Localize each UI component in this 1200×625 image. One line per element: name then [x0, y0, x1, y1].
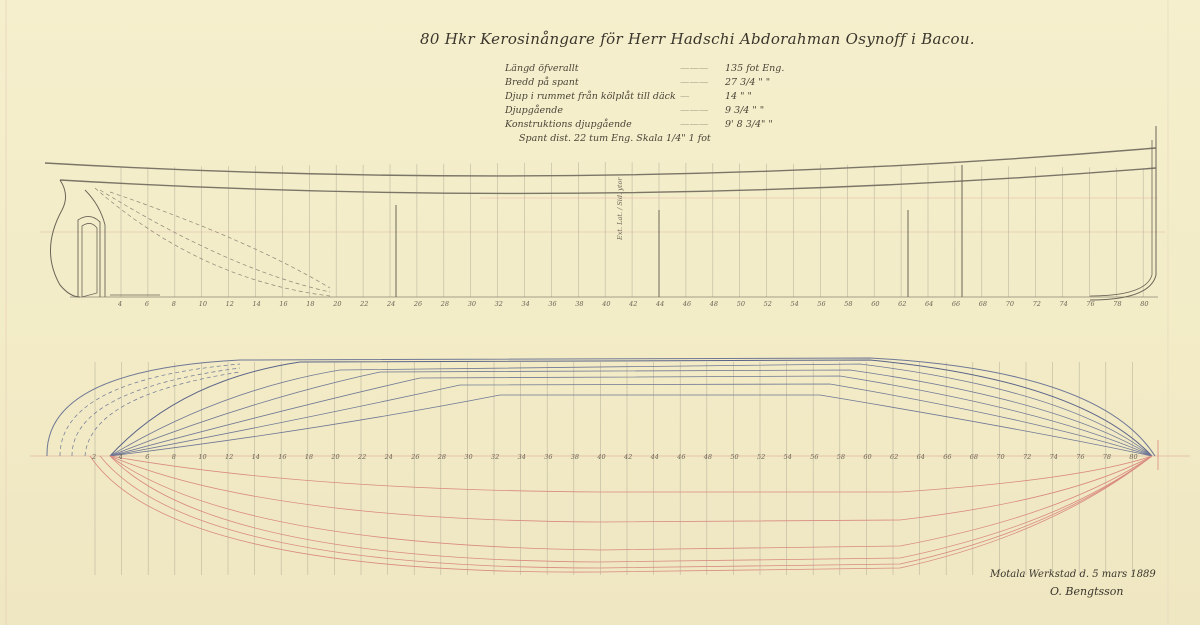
station-label: 42 — [623, 453, 632, 461]
station-label: 62 — [898, 300, 906, 308]
station-label: 60 — [863, 453, 871, 461]
station-label: 18 — [305, 453, 313, 461]
signature-block: Motala Werkstad d. 5 mars 1889 O. Bengts… — [990, 566, 1156, 600]
station-label: 66 — [943, 453, 951, 461]
station-label: 10 — [198, 453, 206, 461]
station-label: 64 — [925, 300, 933, 308]
station-label: 10 — [199, 300, 207, 308]
station-label: 40 — [601, 300, 610, 308]
signer-name: O. Bengtsson — [990, 583, 1156, 600]
station-label: 76 — [1086, 300, 1094, 308]
station-label: 32 — [495, 300, 503, 308]
profile-view: Ext. Lat. / Sid. ytor 468101214161820222… — [40, 126, 1165, 308]
station-label: 12 — [225, 453, 233, 461]
station-label: 70 — [996, 453, 1004, 461]
station-label: 50 — [730, 453, 738, 461]
station-label: 2 — [91, 453, 96, 461]
station-label: 80 — [1129, 453, 1137, 461]
station-label: 38 — [575, 300, 583, 308]
station-label: 46 — [682, 300, 691, 308]
station-label: 62 — [890, 453, 898, 461]
station-label: 44 — [650, 453, 659, 461]
midship-note: Ext. Lat. / Sid. ytor — [616, 177, 624, 241]
station-label: 46 — [676, 453, 685, 461]
station-label: 30 — [464, 453, 472, 461]
station-label: 20 — [332, 300, 341, 308]
station-label: 14 — [253, 300, 261, 308]
station-label: 72 — [1023, 453, 1031, 461]
station-label: 74 — [1050, 453, 1058, 461]
station-label: 30 — [468, 300, 476, 308]
station-label: 78 — [1113, 300, 1121, 308]
half-breadth-plan: 2468101214161820222426283032343638404244… — [30, 358, 1190, 575]
station-label: 66 — [952, 300, 960, 308]
station-label: 80 — [1140, 300, 1148, 308]
station-label: 48 — [703, 453, 712, 461]
station-label: 52 — [757, 453, 765, 461]
station-label: 32 — [491, 453, 499, 461]
station-label: 34 — [518, 453, 526, 461]
station-label: 18 — [306, 300, 314, 308]
station-label: 24 — [384, 453, 393, 461]
station-label: 12 — [226, 300, 234, 308]
station-label: 44 — [655, 300, 664, 308]
station-label: 6 — [145, 453, 149, 461]
station-label: 78 — [1103, 453, 1111, 461]
station-label: 56 — [810, 453, 818, 461]
station-label: 28 — [437, 453, 446, 461]
station-label: 4 — [118, 453, 123, 461]
station-label: 8 — [172, 300, 176, 308]
station-label: 38 — [571, 453, 579, 461]
station-label: 50 — [737, 300, 745, 308]
station-label: 4 — [117, 300, 122, 308]
station-label: 14 — [252, 453, 260, 461]
station-label: 16 — [278, 453, 286, 461]
station-label: 8 — [172, 453, 176, 461]
station-label: 58 — [837, 453, 845, 461]
station-label: 16 — [279, 300, 287, 308]
station-label: 74 — [1060, 300, 1068, 308]
hull-lines-drawing: Ext. Lat. / Sid. ytor 468101214161820222… — [0, 0, 1200, 625]
station-label: 52 — [764, 300, 772, 308]
station-label: 22 — [359, 300, 368, 308]
station-label: 76 — [1076, 453, 1084, 461]
station-label: 40 — [596, 453, 605, 461]
station-label: 72 — [1033, 300, 1041, 308]
station-label: 68 — [979, 300, 987, 308]
station-label: 22 — [357, 453, 366, 461]
place-date: Motala Werkstad d. 5 mars 1889 — [990, 566, 1156, 583]
station-label: 34 — [522, 300, 530, 308]
station-label: 54 — [791, 300, 799, 308]
station-label: 58 — [844, 300, 852, 308]
station-label: 60 — [871, 300, 879, 308]
station-label: 24 — [386, 300, 395, 308]
station-label: 26 — [413, 300, 422, 308]
station-label: 36 — [548, 300, 556, 308]
station-label: 56 — [817, 300, 825, 308]
station-label: 48 — [709, 300, 718, 308]
station-label: 54 — [784, 453, 792, 461]
station-label: 68 — [970, 453, 978, 461]
station-label: 6 — [145, 300, 149, 308]
station-label: 70 — [1006, 300, 1014, 308]
station-label: 26 — [410, 453, 419, 461]
station-label: 20 — [330, 453, 339, 461]
station-label: 28 — [440, 300, 449, 308]
station-label: 42 — [628, 300, 637, 308]
station-label: 64 — [917, 453, 925, 461]
station-label: 36 — [544, 453, 552, 461]
